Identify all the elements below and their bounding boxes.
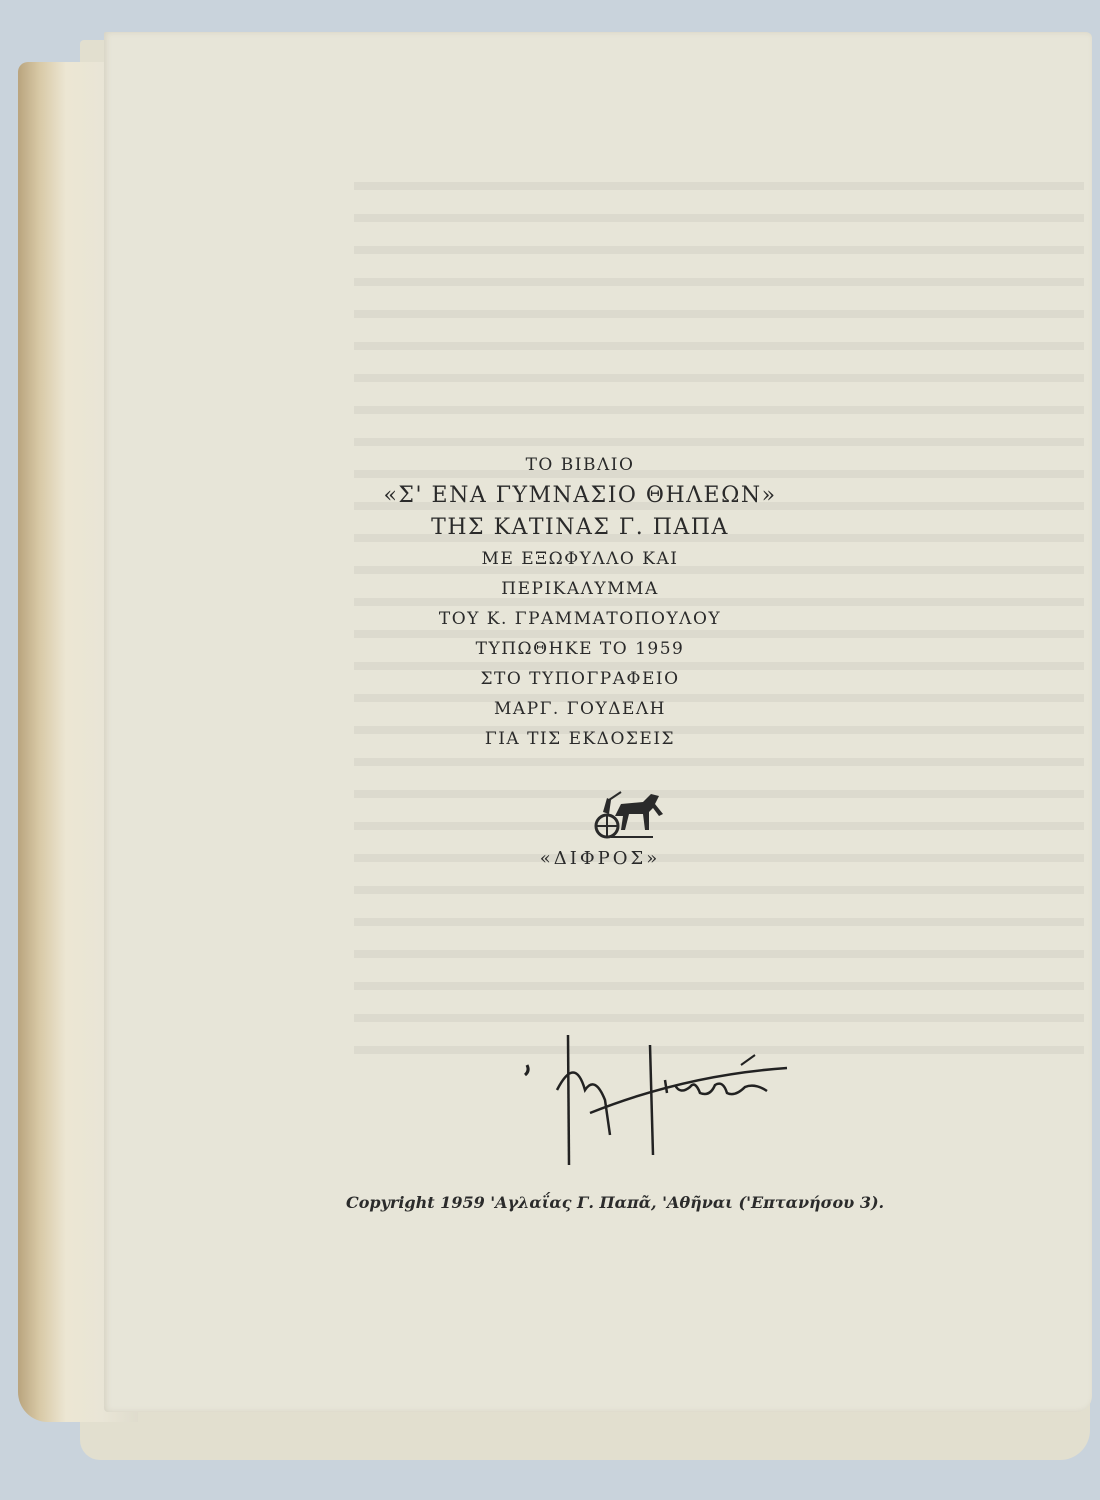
- colophon: ΤΟ ΒΙΒΛΙΟ «Σ' ΕΝΑ ΓΥΜΝΑΣΙΟ ΘΗΛΕΩΝ» ΤΗΣ Κ…: [350, 450, 810, 754]
- printer-line: ΜΑΡΓ. ΓΟΥΔΕΛΗ: [350, 694, 810, 724]
- copyright-notice: Copyright 1959 'Αγλαΐας Γ. Παπᾶ, 'Αθῆναι…: [346, 1193, 986, 1212]
- colophon-line: ΜΕ ΕΞΩΦΥΛΛΟ ΚΑΙ: [350, 544, 810, 574]
- illustrator-line: ΤΟΥ Κ. ΓΡΑΜΜΑΤΟΠΟΥΛΟΥ: [350, 604, 810, 634]
- handwritten-signature-icon: [505, 1035, 805, 1170]
- publisher-name: «ΔΙΦΡΟΣ»: [500, 848, 700, 869]
- chariot-logo-icon: [593, 790, 673, 840]
- author-line: ΤΗΣ ΚΑΤΙΝΑΣ Γ. ΠΑΠΑ: [350, 512, 810, 544]
- colophon-line: ΠΕΡΙΚΑΛΥΜΜΑ: [350, 574, 810, 604]
- print-year-line: ΤΥΠΩΘΗΚΕ ΤΟ 1959: [350, 634, 810, 664]
- book-title: «Σ' ΕΝΑ ΓΥΜΝΑΣΙΟ ΘΗΛΕΩΝ»: [350, 480, 810, 512]
- colophon-line: ΓΙΑ ΤΙΣ ΕΚΔΟΣΕΙΣ: [350, 724, 810, 754]
- colophon-line: ΤΟ ΒΙΒΛΙΟ: [350, 450, 810, 480]
- colophon-line: ΣΤΟ ΤΥΠΟΓΡΑΦΕΙΟ: [350, 664, 810, 694]
